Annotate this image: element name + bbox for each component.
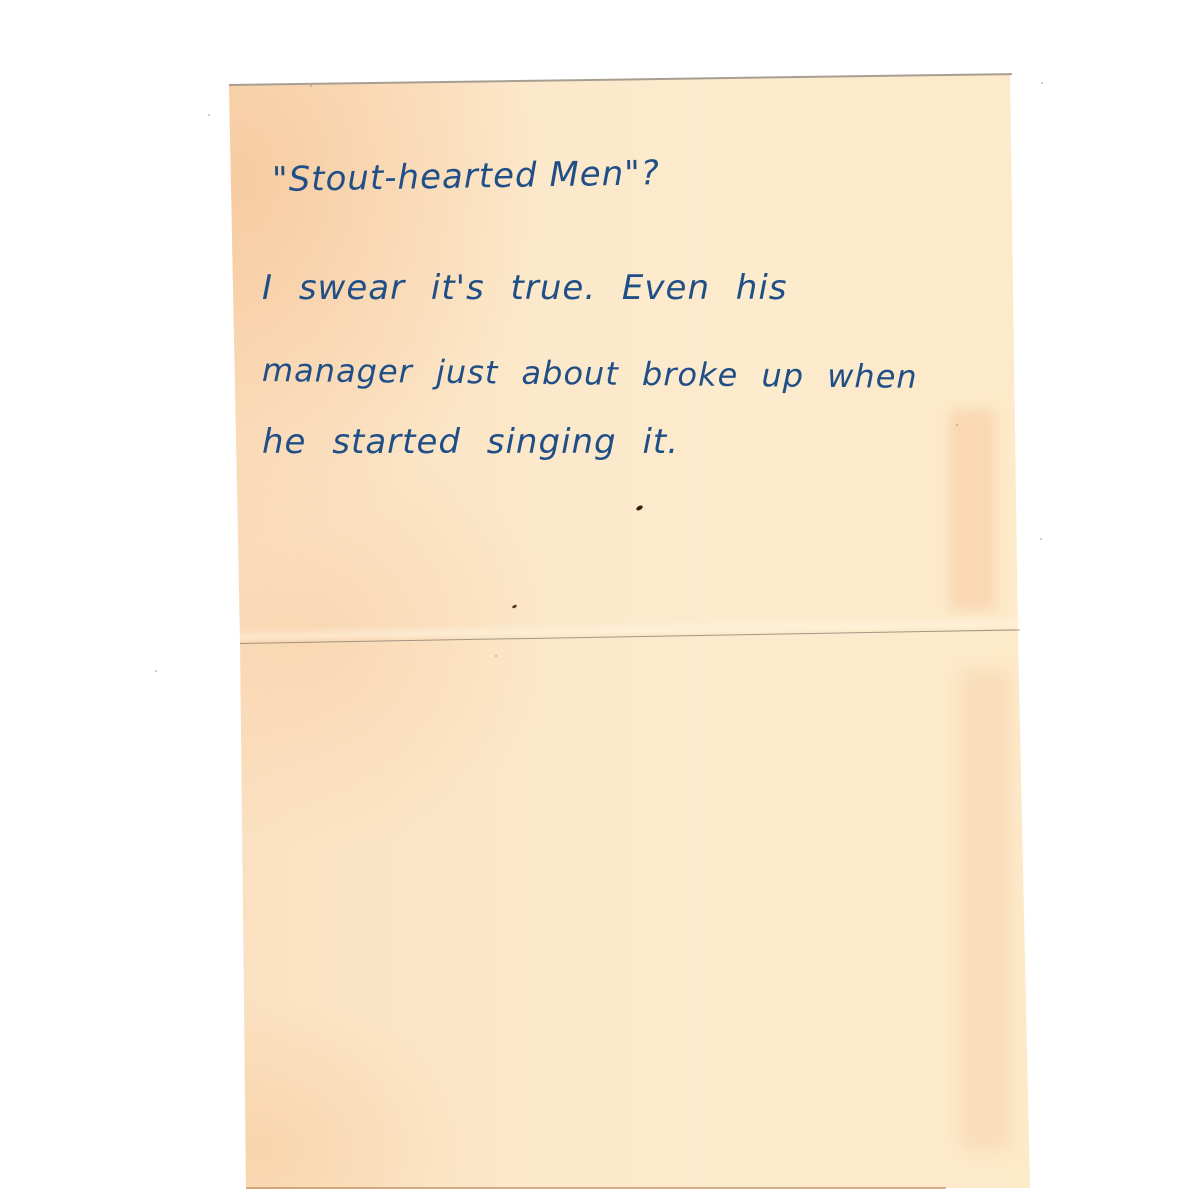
paper-stain [960, 670, 1010, 1150]
scan-background: "Stout-hearted Men"? I swear it's true. … [0, 0, 1200, 1200]
paper-bottom-edge [246, 1187, 946, 1189]
handwritten-line-3: manager just about broke up when [262, 350, 918, 397]
handwritten-line-4: he started singing it. [262, 422, 679, 462]
paper-speck [310, 85, 312, 87]
paper-speck [956, 424, 958, 426]
paper-speck [1041, 82, 1043, 84]
handwritten-line-1: "Stout-hearted Men"? [272, 153, 661, 200]
handwritten-line-2: I swear it's true. Even his [262, 268, 788, 308]
paper-speck [155, 670, 157, 672]
paper-speck [495, 655, 497, 657]
paper-stain [950, 410, 995, 610]
paper-speck [1040, 538, 1042, 540]
paper-speck [208, 114, 210, 116]
